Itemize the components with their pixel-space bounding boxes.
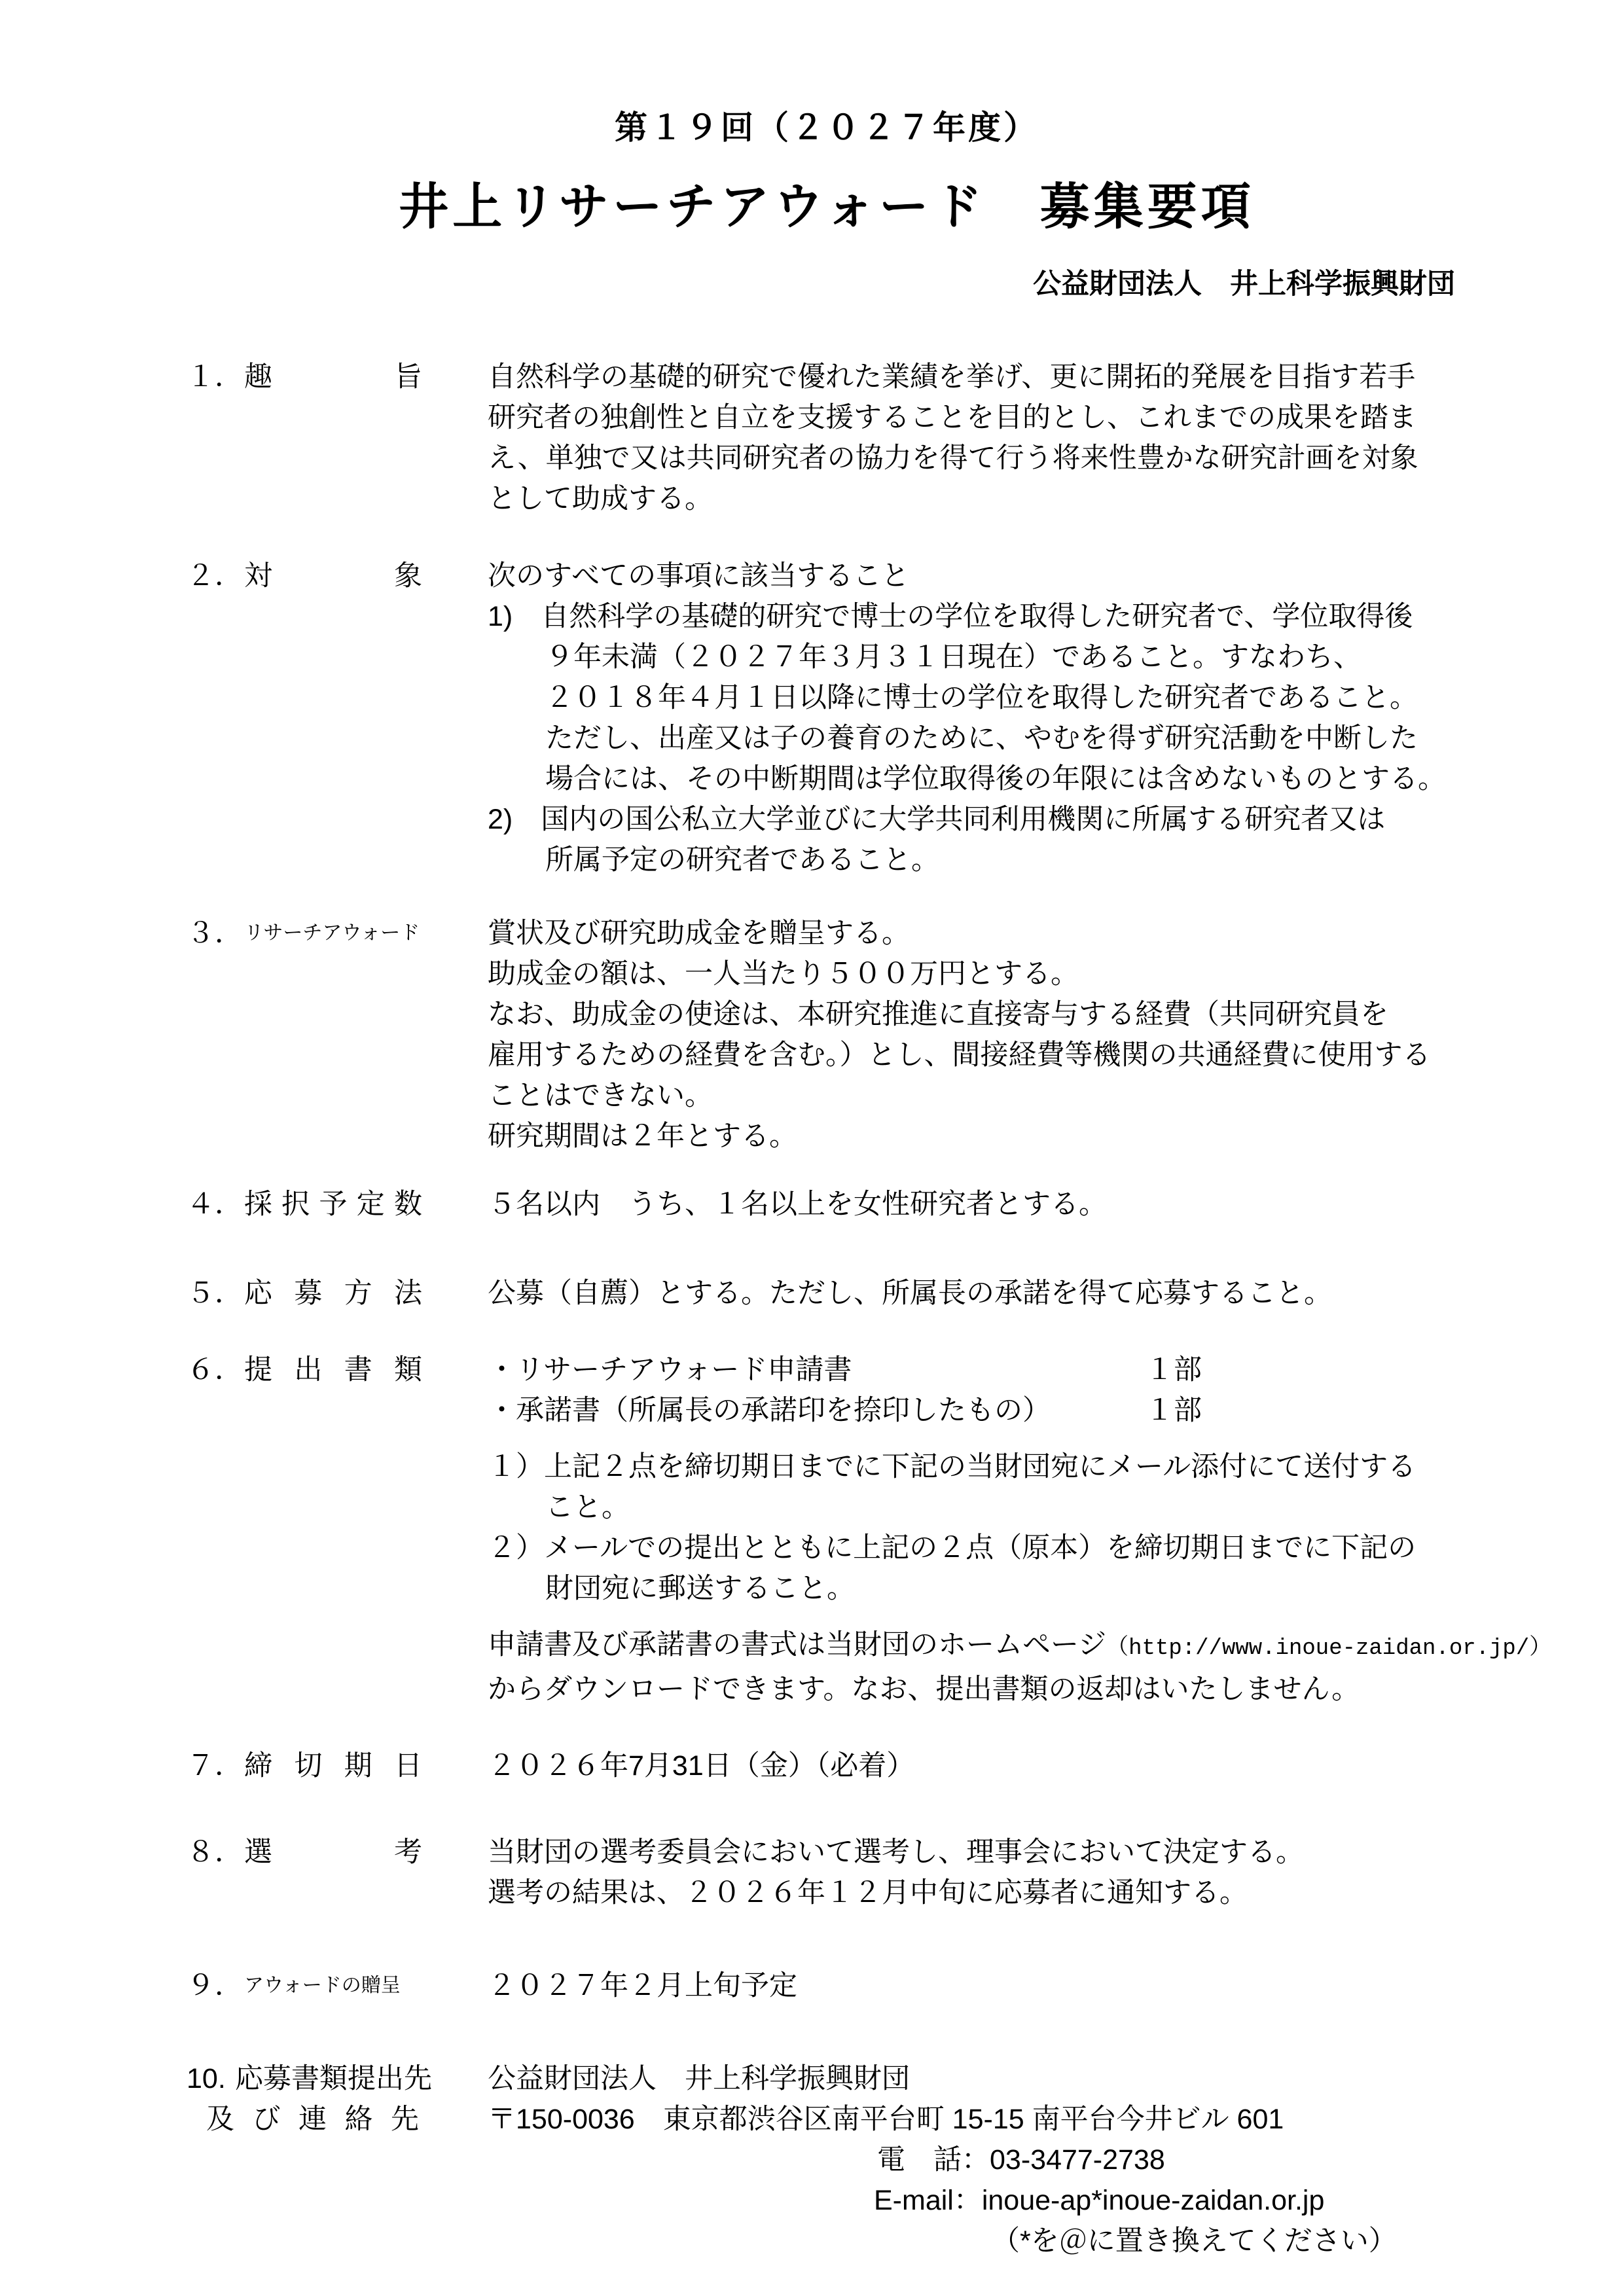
text-line: ２）メールでの提出とともに上記の２点（原本）を締切期日までに下記の bbox=[488, 1528, 1551, 1568]
document-name: ・承諾書（所属長の承諾印を捺印したもの） bbox=[488, 1395, 1051, 1426]
text-line: 助成金の額は、一人当たり５００万円とする。 bbox=[488, 954, 1467, 994]
section-number: ９． bbox=[187, 1965, 244, 2006]
section-contact: 10. 応募書類提出先 及び連絡先 公益財団法人 井上科学振興財団 〒150-0… bbox=[187, 2058, 1467, 2261]
section-number: ７． bbox=[187, 1746, 244, 1786]
text-line: 自然科学の基礎的研究で優れた業績を挙げ、更に開拓的発展を目指す若手 bbox=[488, 357, 1467, 397]
section-label-line2: 及び連絡先 bbox=[206, 2099, 419, 2140]
section-number: ２． bbox=[187, 556, 244, 596]
text-line: 場合には、その中断期間は学位取得後の年限には含めないものとする。 bbox=[488, 759, 1467, 799]
text-line: として助成する。 bbox=[488, 478, 1467, 519]
homepage-line: 申請書及び承諾書の書式は当財団のホームページ（http://www.inoue-… bbox=[488, 1624, 1551, 1669]
document-copies: １部 bbox=[1146, 1350, 1202, 1390]
text-line: え、単独で又は共同研究者の協力を得て行う将来性豊かな研究計画を対象 bbox=[488, 438, 1467, 478]
text-line: こと。 bbox=[488, 1487, 1551, 1528]
text-line: 次のすべての事項に該当すること bbox=[488, 556, 1467, 596]
document-item: ・リサーチアウォード申請書 １部 bbox=[488, 1350, 1551, 1390]
text-line: からダウンロードできます。なお、提出書類の返却はいたしません。 bbox=[488, 1669, 1551, 1710]
contact-email-note: （*を＠に置き換えてください） bbox=[488, 2221, 1467, 2261]
section-label: 趣旨 bbox=[244, 357, 488, 397]
section-number: ６． bbox=[187, 1350, 244, 1390]
section-label: 対象 bbox=[244, 556, 488, 596]
section-number: １． bbox=[187, 357, 244, 397]
section-number: 10. bbox=[187, 2058, 235, 2099]
main-title: 井上リサーチアウォード 募集要項 bbox=[187, 177, 1467, 238]
text-line: 2) 国内の国公私立大学並びに大学共同利用機関に所属する研究者又は bbox=[488, 799, 1467, 840]
contact-organization: 公益財団法人 井上科学振興財団 bbox=[488, 2058, 1467, 2099]
deadline-date: ２０２６年7月31日（金）（必着） bbox=[488, 1746, 1467, 1786]
section-label: 選考 bbox=[244, 1832, 488, 1873]
text-line: 所属予定の研究者であること。 bbox=[488, 840, 1467, 880]
section-label: 締切期日 bbox=[244, 1746, 488, 1786]
document-page: 第１９回（２０２７年度） 井上リサーチアウォード 募集要項 公益財団法人 井上科… bbox=[0, 0, 1624, 2296]
section-selection: ８． 選考 当財団の選考委員会において選考し、理事会において決定する。 選考の結… bbox=[187, 1832, 1467, 1913]
section-award-ceremony: ９． アウォードの贈呈 ２０２７年２月上旬予定 bbox=[187, 1965, 1467, 2006]
text-line: 当財団の選考委員会において選考し、理事会において決定する。 bbox=[488, 1832, 1467, 1873]
section-number: ３． bbox=[187, 913, 244, 954]
section-eligibility: ２． 対象 次のすべての事項に該当すること 1) 自然科学の基礎的研究で博士の学… bbox=[187, 556, 1467, 880]
section-purpose: １． 趣旨 自然科学の基礎的研究で優れた業績を挙げ、更に開拓的発展を目指す若手 … bbox=[187, 357, 1467, 519]
text-line: ただし、出産又は子の養育のために、やむを得ず研究活動を中断した bbox=[488, 718, 1467, 759]
homepage-url: （http://www.inoue-zaidan.or.jp/） bbox=[1106, 1636, 1551, 1661]
text-line: ２０１８年４月１日以降に博士の学位を取得した研究者であること。 bbox=[488, 677, 1467, 718]
homepage-text: 申請書及び承諾書の書式は当財団のホームページ bbox=[488, 1629, 1106, 1660]
ceremony-date: ２０２７年２月上旬予定 bbox=[488, 1965, 1467, 2006]
contact-address: 〒150-0036 東京都渋谷区南平台町 15-15 南平台今井ビル 601 bbox=[488, 2099, 1467, 2140]
document-name: ・リサーチアウォード申請書 bbox=[488, 1354, 852, 1386]
section-label: リサーチアウォード bbox=[244, 913, 488, 954]
text-line: ことはできない。 bbox=[488, 1075, 1467, 1116]
edition-title: 第１９回（２０２７年度） bbox=[187, 108, 1467, 147]
contact-phone: 電 話：03-3477-2738 bbox=[488, 2140, 1467, 2180]
document-copies: １部 bbox=[1146, 1390, 1202, 1431]
section-number: ５． bbox=[187, 1273, 244, 1314]
section-label: 採択予定数 bbox=[244, 1184, 488, 1225]
contact-email: E-mail：inoue-ap*inoue-zaidan.or.jp bbox=[488, 2180, 1467, 2221]
document-item: ・承諾書（所属長の承諾印を捺印したもの） １部 bbox=[488, 1390, 1551, 1431]
section-label: アウォードの贈呈 bbox=[244, 1965, 488, 2006]
text-line: なお、助成金の使途は、本研究推進に直接寄与する経費（共同研究員を bbox=[488, 994, 1467, 1035]
text-line: 財団宛に郵送すること。 bbox=[488, 1568, 1551, 1609]
section-application-method: ５． 応募方法 公募（自薦）とする。ただし、所属長の承諾を得て応募すること。 bbox=[187, 1273, 1467, 1314]
text-line: 雇用するための経費を含む。）とし、間接経費等機関の共通経費に使用する bbox=[488, 1035, 1467, 1075]
section-submission-documents: ６． 提出書類 ・リサーチアウォード申請書 １部 ・承諾書（所属長の承諾印を捺印… bbox=[187, 1350, 1467, 1710]
section-label: 応募書類提出先 bbox=[235, 2058, 432, 2099]
section-label: 応募方法 bbox=[244, 1273, 488, 1314]
text-line: 選考の結果は、２０２６年１２月中旬に応募者に通知する。 bbox=[488, 1873, 1467, 1913]
text-line: 1) 自然科学の基礎的研究で博士の学位を取得した研究者で、学位取得後 bbox=[488, 596, 1467, 637]
text-line: 賞状及び研究助成金を贈呈する。 bbox=[488, 913, 1467, 954]
text-line: １）上記２点を締切期日までに下記の当財団宛にメール添付にて送付する bbox=[488, 1446, 1551, 1487]
section-planned-awardees: ４． 採択予定数 ５名以内 うち、１名以上を女性研究者とする。 bbox=[187, 1184, 1467, 1225]
issuing-organization: 公益財団法人 井上科学振興財団 bbox=[187, 264, 1467, 304]
section-deadline: ７． 締切期日 ２０２６年7月31日（金）（必着） bbox=[187, 1746, 1467, 1786]
text-line: 公募（自薦）とする。ただし、所属長の承諾を得て応募すること。 bbox=[488, 1273, 1467, 1314]
text-line: 研究者の独創性と自立を支援することを目的とし、これまでの成果を踏ま bbox=[488, 397, 1467, 438]
section-award: ３． リサーチアウォード 賞状及び研究助成金を贈呈する。 助成金の額は、一人当た… bbox=[187, 913, 1467, 1157]
section-label: 提出書類 bbox=[244, 1350, 488, 1390]
section-number: ８． bbox=[187, 1832, 244, 1873]
text-line: 研究期間は２年とする。 bbox=[488, 1116, 1467, 1157]
section-number: ４． bbox=[187, 1184, 244, 1225]
text-line: ５名以内 うち、１名以上を女性研究者とする。 bbox=[488, 1184, 1467, 1225]
text-line: ９年未満（２０２７年３月３１日現在）であること。すなわち、 bbox=[488, 637, 1467, 677]
